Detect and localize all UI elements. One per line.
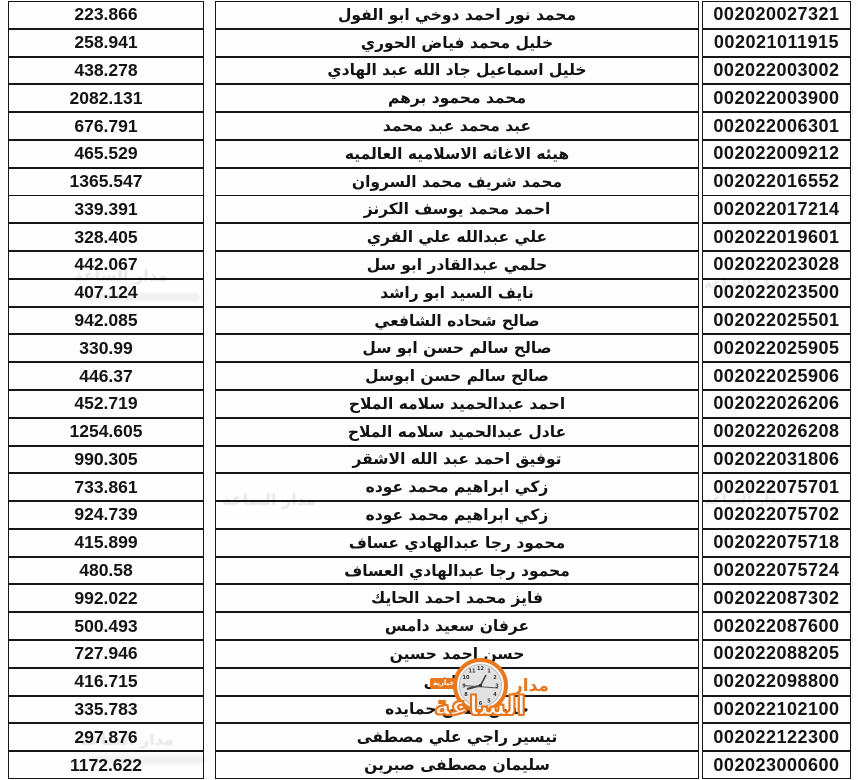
- beneficiary-name-cell: فايز محمد احمد الحايك: [215, 584, 699, 612]
- amount-cell: 335.783: [8, 696, 204, 724]
- amount-cell: 924.739: [8, 501, 204, 529]
- beneficiary-name-cell: تيسير راجي علي مصطفى: [215, 723, 699, 751]
- reference-number-cell: 002022026208: [702, 418, 851, 446]
- reference-number-cell: 002022026206: [702, 390, 851, 418]
- amount-cell: 480.58: [8, 557, 204, 585]
- amount-cell: 992.022: [8, 584, 204, 612]
- reference-number-cell: 002022088205: [702, 640, 851, 668]
- beneficiary-name-cell: محمود رجا عبدالهادي عساف: [215, 529, 699, 557]
- reference-number-cell: 002022025905: [702, 334, 851, 362]
- reference-number-cell: 002022016552: [702, 168, 851, 196]
- beneficiary-name-cell: علي عبدالله علي الفري: [215, 223, 699, 251]
- reference-number-cell: 002022087600: [702, 612, 851, 640]
- amount-cell: 223.866: [8, 1, 204, 29]
- beneficiary-name-cell: خليل محمد فياض الحوري: [215, 29, 699, 57]
- amount-column: 223.866258.941438.2782082.131676.791465.…: [8, 1, 204, 779]
- amount-cell: 446.37: [8, 362, 204, 390]
- amount-cell: 727.946: [8, 640, 204, 668]
- beneficiary-name-cell: هيئه الاغاثه الاسلاميه العالميه: [215, 140, 699, 168]
- beneficiary-name-cell: محمد نور احمد دوخي ابو الفول: [215, 1, 699, 29]
- beneficiary-name-cell: احمد عبدالحميد سلامه الملاح: [215, 390, 699, 418]
- beneficiary-name-cell: حلمي عبدالقادر ابو سل: [215, 251, 699, 279]
- amount-cell: 438.278: [8, 57, 204, 85]
- amount-cell: 407.124: [8, 279, 204, 307]
- beneficiary-name-cell: حسن حسن حمايده: [215, 696, 699, 724]
- reference-number-cell: 002023000600: [702, 751, 851, 779]
- amount-cell: 676.791: [8, 112, 204, 140]
- beneficiary-name-cell: صالح شحاده الشافعي: [215, 307, 699, 335]
- beneficiary-name-cell: محمد محمود برهم: [215, 84, 699, 112]
- reference-number-cell: 002022019601: [702, 223, 851, 251]
- amount-cell: 1172.622: [8, 751, 204, 779]
- amount-cell: 452.719: [8, 390, 204, 418]
- beneficiary-name-cell: عبد محمد عبد محمد: [215, 112, 699, 140]
- reference-number-cell: 002022003002: [702, 57, 851, 85]
- amount-cell: 442.067: [8, 251, 204, 279]
- beneficiary-name-cell: عادل عبدالحميد سلامه الملاح: [215, 418, 699, 446]
- amount-cell: 1254.605: [8, 418, 204, 446]
- reference-number-cell: 002021011915: [702, 29, 851, 57]
- reference-number-cell: 002022023028: [702, 251, 851, 279]
- beneficiary-name-cell: احمد محمد يوسف الكرنز: [215, 195, 699, 223]
- amount-cell: 733.861: [8, 473, 204, 501]
- amount-cell: 415.899: [8, 529, 204, 557]
- reference-number-cell: 002022031806: [702, 446, 851, 474]
- amount-cell: 990.305: [8, 446, 204, 474]
- beneficiary-name-cell: توفيق احمد عبد الله الاشقر: [215, 446, 699, 474]
- reference-number-cell: 002022025501: [702, 307, 851, 335]
- reference-number-cell: 002022102100: [702, 696, 851, 724]
- beneficiary-name-cell: حسن احمد حسين: [215, 640, 699, 668]
- beneficiary-name-column: محمد نور احمد دوخي ابو الفولخليل محمد في…: [215, 1, 699, 779]
- beneficiary-name-cell: محمد شريف محمد السروان: [215, 168, 699, 196]
- beneficiary-name-cell: خليل اسماعيل جاد الله عبد الهادي: [215, 57, 699, 85]
- beneficiary-name-cell: زكي ابراهيم محمد عوده: [215, 473, 699, 501]
- amount-cell: 942.085: [8, 307, 204, 335]
- amount-cell: 2082.131: [8, 84, 204, 112]
- beneficiary-name-cell: صالح سالم حسن ابوسل: [215, 362, 699, 390]
- amount-cell: 465.529: [8, 140, 204, 168]
- beneficiary-name-cell: زكي ابراهيم محمد عوده: [215, 501, 699, 529]
- amount-cell: 500.493: [8, 612, 204, 640]
- amount-cell: 1365.547: [8, 168, 204, 196]
- reference-number-cell: 002022006301: [702, 112, 851, 140]
- amount-cell: 339.391: [8, 195, 204, 223]
- amount-cell: 258.941: [8, 29, 204, 57]
- beneficiary-name-cell: سليمان مصطفى صبرين: [215, 751, 699, 779]
- amount-cell: 416.715: [8, 668, 204, 696]
- reference-number-cell: 002022075702: [702, 501, 851, 529]
- reference-number-cell: 002022023500: [702, 279, 851, 307]
- reference-number-cell: 002022098800: [702, 668, 851, 696]
- reference-number-cell: 002022025906: [702, 362, 851, 390]
- reference-number-cell: 002022017214: [702, 195, 851, 223]
- beneficiary-name-cell: نايف السيد ابو راشد: [215, 279, 699, 307]
- beneficiary-name-cell: مصطفى: [215, 668, 699, 696]
- reference-number-cell: 002022075701: [702, 473, 851, 501]
- reference-number-cell: 002022075718: [702, 529, 851, 557]
- amount-cell: 297.876: [8, 723, 204, 751]
- reference-number-cell: 002022122300: [702, 723, 851, 751]
- beneficiary-name-cell: محمود رجا عبدالهادي العساف: [215, 557, 699, 585]
- reference-number-cell: 002022075724: [702, 557, 851, 585]
- beneficiary-name-cell: صالح سالم حسن ابو سل: [215, 334, 699, 362]
- reference-number-cell: 002022087302: [702, 584, 851, 612]
- beneficiary-name-cell: عرفان سعيد دامس: [215, 612, 699, 640]
- scanned-document-sheet: مدار الساعة مدار الساعة مدار الساعة مدار…: [0, 0, 858, 780]
- reference-number-cell: 002022003900: [702, 84, 851, 112]
- amount-cell: 330.99: [8, 334, 204, 362]
- reference-number-column: 0020200273210020210119150020220030020020…: [702, 1, 851, 779]
- amount-cell: 328.405: [8, 223, 204, 251]
- reference-number-cell: 002022009212: [702, 140, 851, 168]
- reference-number-cell: 002020027321: [702, 1, 851, 29]
